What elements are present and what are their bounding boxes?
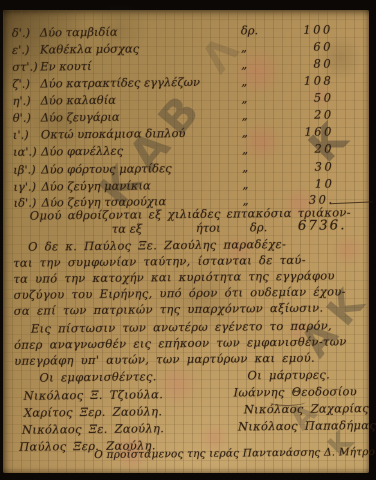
item-amount: 100 bbox=[278, 22, 333, 37]
body-line: σα επί των πατρικών της υπαρχόντων αξίωσ… bbox=[14, 301, 324, 318]
item-label: ζ'.) bbox=[12, 77, 40, 91]
ditto-mark: „ bbox=[242, 108, 248, 122]
body-line: ται την συμφωνίαν ταύτην, ίστανται δε τα… bbox=[13, 253, 306, 270]
item-label: η'.) bbox=[12, 94, 40, 108]
document-scan: ΚΑΒ Κ ΑΚ Α Κ Λ δ'.)Δύο ταμβιδία δρ. 100 … bbox=[0, 0, 376, 480]
item-text: Δύο ζευγάρια bbox=[41, 110, 120, 125]
witnesses-header: Οι μάρτυρες. bbox=[247, 368, 330, 383]
item-text: Οκτώ υποκάμισα διπλού bbox=[41, 126, 186, 142]
signature-name: Νικόλαος Ξ. Τζιούλα. bbox=[24, 387, 164, 402]
item-amount: 108 bbox=[278, 73, 333, 88]
body-line: Ο δε κ. Παύλος Ξε. Ζαούλης παραδέχε- bbox=[28, 237, 286, 254]
item-label: ε'.) bbox=[12, 43, 40, 57]
item-amount: 20 bbox=[279, 141, 334, 156]
body-line: υπεγράφη υπ' αυτών, των μαρτύρων και εμο… bbox=[14, 351, 315, 368]
ditto-mark: „ bbox=[242, 160, 248, 174]
ditto-mark: „ bbox=[242, 125, 248, 139]
item-label: ιγ'.) bbox=[13, 180, 41, 194]
item-amount: 160 bbox=[279, 124, 334, 139]
total-fragment: τα εξ bbox=[112, 221, 142, 235]
signature-name: Νικόλαος Παπαδήμας. bbox=[238, 418, 376, 433]
ditto-mark: „ bbox=[243, 193, 249, 207]
total-value: 6736. bbox=[298, 217, 347, 234]
item-amount: 30 bbox=[279, 159, 334, 174]
body-line: Εις πίστωσιν των ανωτέρω εγένετο το παρό… bbox=[31, 318, 332, 335]
total-currency: δρ. bbox=[250, 220, 267, 234]
ditto-mark: „ bbox=[241, 74, 247, 88]
item-amount: 10 bbox=[279, 176, 334, 191]
currency-header: δρ. bbox=[241, 23, 258, 37]
list-row: ια'.)Δύο φανέλλες „ 20 bbox=[13, 141, 361, 161]
signature-name: Νικόλαος Ξε. Ζαούλη. bbox=[22, 421, 164, 436]
total-fragment: ήτοι bbox=[196, 221, 221, 235]
body-line: συζύγου του Ειρήνης, υπό όρον ότι ουδεμί… bbox=[13, 284, 345, 301]
signature-name: Ιωάννης Θεοδοσίου bbox=[234, 384, 358, 399]
ditto-mark: „ bbox=[242, 142, 248, 156]
item-text: Δύο φανέλλες bbox=[41, 144, 123, 159]
item-text: Εν κουτί bbox=[40, 59, 92, 74]
item-amount: 60 bbox=[278, 39, 333, 54]
ditto-mark: „ bbox=[241, 57, 247, 71]
item-label: ια'.) bbox=[13, 145, 41, 159]
item-text: Δύο κατρακτίδες εγγλέζων bbox=[40, 75, 200, 91]
ditto-mark: „ bbox=[241, 40, 247, 54]
item-amount: 80 bbox=[278, 56, 333, 71]
item-label: δ'.) bbox=[12, 26, 40, 40]
item-text: Δύο ζεύγη μανίκια bbox=[41, 178, 150, 193]
closing-signature: Ο προϊστάμενος της ιεράς Παντανάσσης Δ. … bbox=[94, 446, 376, 461]
item-label: θ'.) bbox=[13, 111, 41, 125]
body-line: τα υπό την κατοχήν και κυριότητα της εγγ… bbox=[13, 268, 335, 285]
ditto-mark: „ bbox=[242, 177, 248, 191]
item-label: ιβ'.) bbox=[13, 163, 41, 177]
signature-name: Χαρίτος Ξερ. Ζαούλη. bbox=[24, 404, 163, 419]
item-amount: 50 bbox=[278, 90, 333, 105]
item-text: Καθέκλα μόσχας bbox=[40, 42, 139, 57]
item-label: ι'.) bbox=[13, 128, 41, 142]
item-text: Δύο καλαθία bbox=[40, 93, 116, 108]
signers-header: Οι εμφανισθέντες. bbox=[39, 369, 156, 384]
manuscript-content: δ'.)Δύο ταμβιδία δρ. 100 ε'.)Καθέκλα μόσ… bbox=[0, 0, 376, 480]
body-line: όπερ αναγνωσθέν εις επήκοον των εμφανισθ… bbox=[14, 334, 347, 351]
item-amount: 20 bbox=[279, 107, 334, 122]
signature-name: Νικόλαος Ζαχαρίας bbox=[244, 401, 369, 416]
item-label: στ'.) bbox=[12, 60, 40, 74]
ditto-mark: „ bbox=[241, 91, 247, 105]
item-text: Δύο φόρτους μαρτίδες bbox=[41, 161, 172, 176]
item-text: Δύο ταμβιδία bbox=[40, 25, 118, 40]
